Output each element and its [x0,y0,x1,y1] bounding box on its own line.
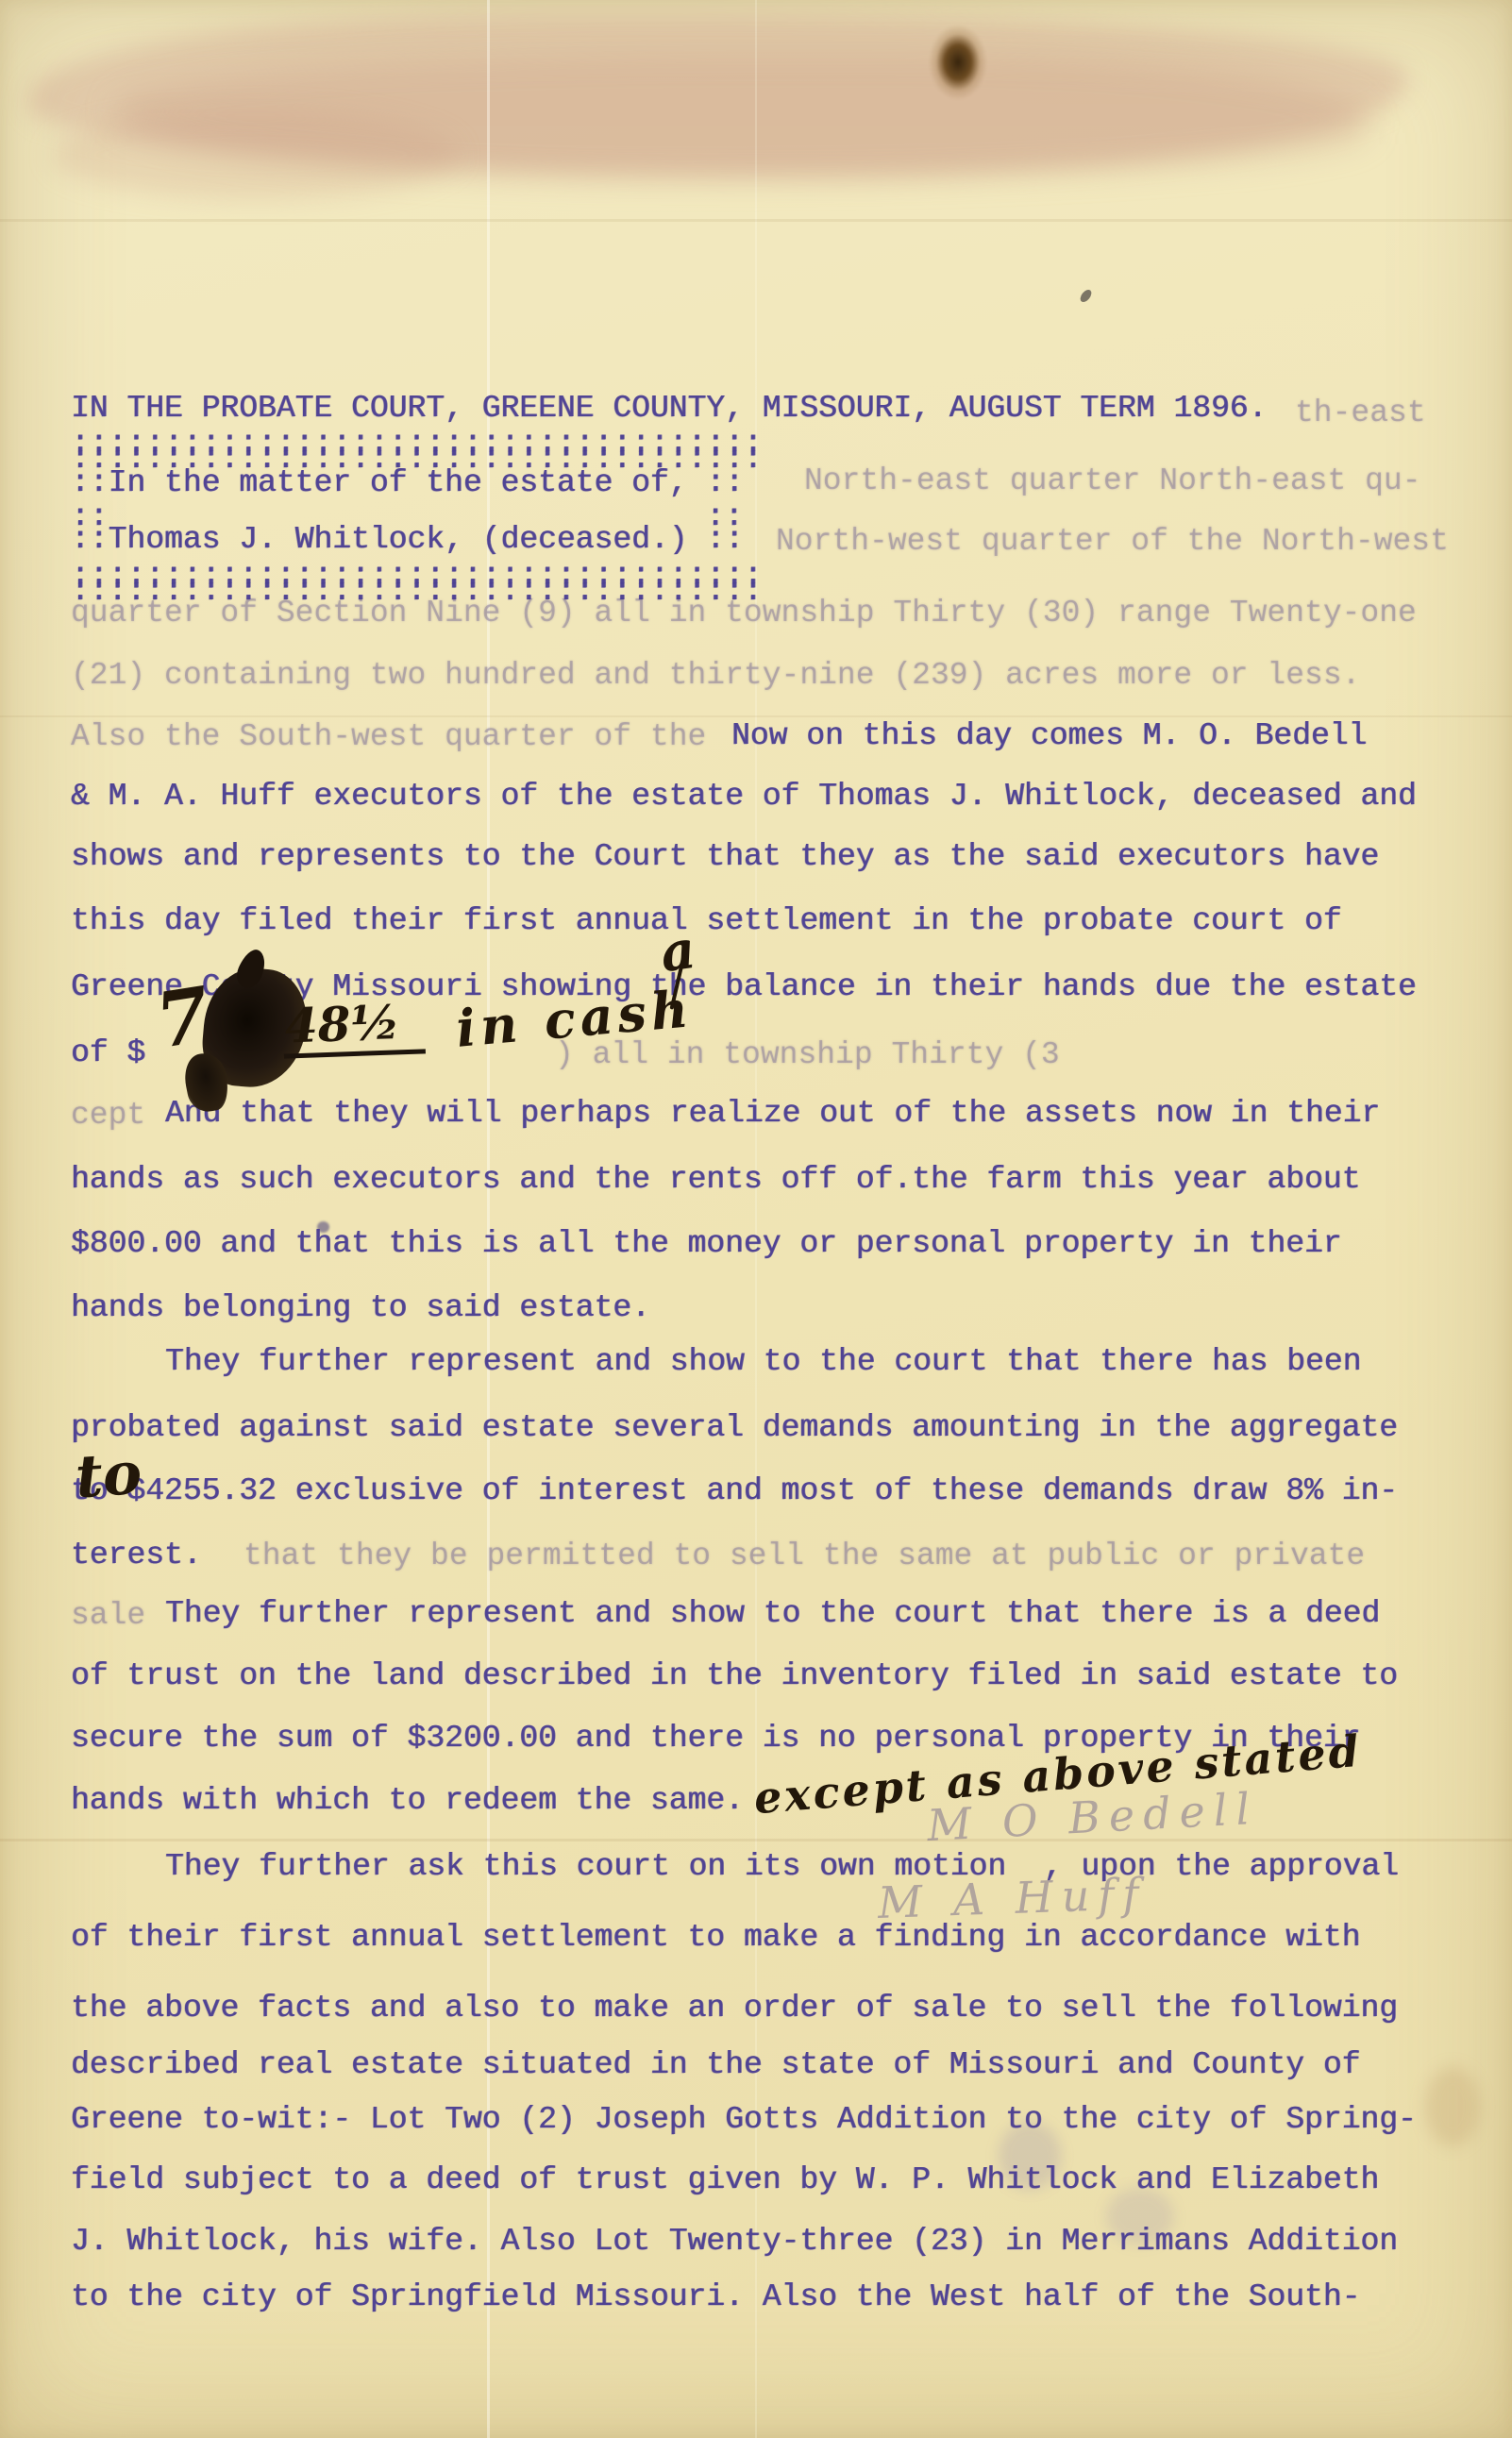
typed-line: Greene to-wit:- Lot Two (2) Joseph Gotts… [71,2103,1417,2137]
bleed-through-line: cept [71,1099,145,1133]
horizontal-crease [0,715,1512,717]
typed-line: terest. [71,1538,202,1572]
typed-line: And that they will perhaps realize out o… [165,1097,1380,1131]
bleed-through-line: that they be permitted to sell the same … [244,1539,1365,1573]
typed-line: to the city of Springfield Missouri. Als… [71,2280,1360,2314]
bleed-through-line: Also the South-west quarter of the [71,720,706,754]
caption-line: ::In the matter of the estate of, :: [71,466,744,500]
typed-line: this day filed their first annual settle… [71,904,1342,938]
typed-line: to $4255.32 exclusive of interest and mo… [71,1474,1398,1508]
handwritten-in-cash: in cash [455,983,696,1054]
typed-line: of their first annual settlement to make… [71,1921,1360,1955]
typed-line: $800.00 and that this is all the money o… [71,1227,1342,1261]
pencil-signature: M A Huff [877,1868,1148,1928]
typed-line: field subject to a deed of trust given b… [71,2163,1379,2197]
top-stain-left [52,111,458,198]
typed-line: shows and represents to the Court that t… [71,840,1379,874]
handwritten-amount: 7 48½ in cash [157,980,694,1087]
typed-line: of trust on the land described in the in… [71,1659,1398,1693]
bleed-through-line: (21) containing two hundred and thirty-n… [71,659,1360,693]
caption-border: ::::::::::::::::::::::::::::::::::::: [71,575,763,609]
typed-line: hands with which to redeem the same. [71,1784,744,1818]
court-term-line: IN THE PROBATE COURT, GREENE COUNTY, MIS… [71,392,1267,426]
typed-line: hands as such executors and the rents of… [71,1163,1360,1197]
typed-line: probated against said estate several dem… [71,1411,1398,1445]
caption-line: ::Thomas J. Whitlock, (deceased.) :: [71,523,744,557]
typed-line: They further represent and show to the c… [165,1597,1380,1631]
bleed-through-line: North-west quarter of the North-west [776,525,1449,559]
document-page: th-eastNorth-east quarter North-east qu-… [0,0,1512,2438]
edge-stain [1425,2067,1480,2146]
handwritten-amount-cents: 48½ [282,998,426,1058]
bleed-through-line: th-east [1295,396,1426,430]
horizontal-crease [0,1839,1512,1841]
typed-line: J. Whitlock, his wife. Also Lot Twenty-t… [71,2225,1398,2259]
typed-line: the above facts and also to make an orde… [71,1992,1398,2026]
typed-line: They further represent and show to the c… [165,1345,1361,1379]
bleed-through-line: sale [71,1599,145,1633]
typed-line: Now on this day comes M. O. Bedell [731,719,1367,753]
typed-line: hands belonging to said estate. [71,1291,650,1325]
bleed-through-line: North-east quarter North-east qu- [804,464,1421,498]
handwritten-to-overwrite: to [74,1438,144,1512]
horizontal-crease [0,219,1512,222]
typed-line: described real estate situated in the st… [71,2048,1360,2082]
typed-line: of $ [71,1036,145,1070]
paper-speck [1078,288,1093,304]
typed-line: & M. A. Huff executors of the estate of … [71,780,1417,814]
typed-line: They further ask this court on its own m… [165,1850,1399,1884]
